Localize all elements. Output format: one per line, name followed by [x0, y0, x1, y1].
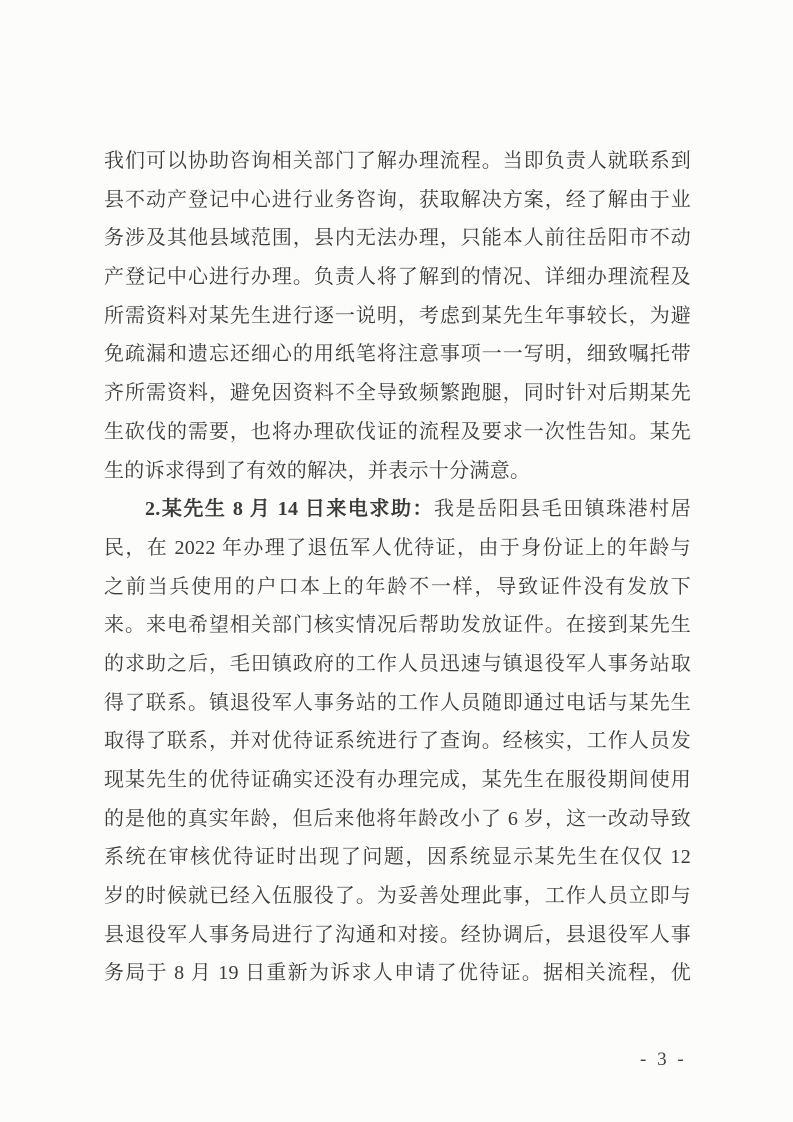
text-line: 民，在 2022 年办理了退伍军人优待证，由于身份证上的年龄与: [104, 529, 691, 568]
text-line: 免疏漏和遗忘还细心的用纸笔将注意事项一一写明，细致嘱托带: [104, 335, 691, 374]
text-line: 现某先生的优待证确实还没有办理完成，某先生在服役期间使用: [104, 761, 691, 800]
text-line: 的求助之后，毛田镇政府的工作人员迅速与镇退役军人事务站取: [104, 645, 691, 684]
text-line: 生的诉求得到了有效的解决，并表示十分满意。: [104, 452, 691, 491]
text-line: 务局于 8 月 19 日重新为诉求人申请了优待证。据相关流程，优: [104, 954, 691, 993]
text-line: 来。来电希望相关部门核实情况后帮助发放证件。在接到某先生: [104, 606, 691, 645]
text-line: 产登记中心进行办理。负责人将了解到的情况、详细办理流程及: [104, 258, 691, 297]
text-line: 的是他的真实年龄，但后来他将年龄改小了 6 岁，这一改动导致: [104, 800, 691, 839]
text-line: 生砍伐的需要，也将办理砍伐证的流程及要求一次性告知。某先: [104, 413, 691, 452]
paragraph-bold-heading: 2.某先生 8 月 14 日来电求助：: [145, 498, 434, 520]
text-line: 系统在审核优待证时出现了问题，因系统显示某先生在仅仅 12: [104, 838, 691, 877]
document-page: 我们可以协助咨询相关部门了解办理流程。当即负责人就联系到县不动产登记中心进行业务…: [0, 0, 793, 1122]
page-number: - 3 -: [640, 1049, 687, 1071]
text-line: 得了联系。镇退役军人事务站的工作人员随即通过电话与某先生: [104, 684, 691, 723]
text-line: 县退役军人事务局进行了沟通和对接。经协调后，县退役军人事: [104, 916, 691, 955]
text-line: 取得了联系，并对优待证系统进行了查询。经核实，工作人员发: [104, 722, 691, 761]
text-line: 我们可以协助咨询相关部门了解办理流程。当即负责人就联系到: [104, 142, 691, 181]
text-line: 之前当兵使用的户口本上的年龄不一样，导致证件没有发放下: [104, 568, 691, 607]
text-line: 县不动产登记中心进行业务咨询，获取解决方案，经了解由于业: [104, 181, 691, 220]
text-line: 所需资料对某先生进行逐一说明，考虑到某先生年事较长，为避: [104, 297, 691, 336]
document-body: 我们可以协助咨询相关部门了解办理流程。当即负责人就联系到县不动产登记中心进行业务…: [104, 142, 691, 993]
text-line: 2.某先生 8 月 14 日来电求助：我是岳阳县毛田镇珠港村居: [104, 490, 691, 529]
text-line: 齐所需资料，避免因资料不全导致频繁跑腿，同时针对后期某先: [104, 374, 691, 413]
text-line: 岁的时候就已经入伍服役了。为妥善处理此事，工作人员立即与: [104, 877, 691, 916]
text-line: 务涉及其他县域范围，县内无法办理，只能本人前往岳阳市不动: [104, 219, 691, 258]
